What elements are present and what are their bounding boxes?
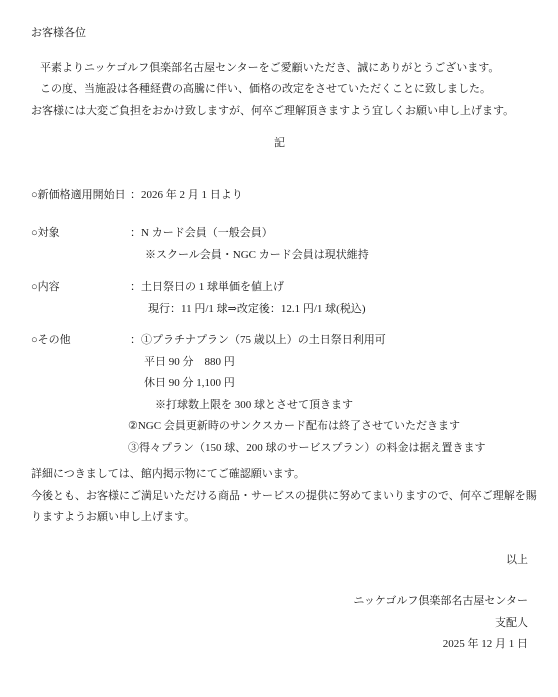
others-weekday-price: 平日 90 分 880 円	[31, 352, 528, 374]
others-tokutoku-note: ③得々プラン（150 球、200 球のサービスプラン）の料金は据え置きます	[31, 438, 528, 460]
item-label: ○その他	[31, 330, 130, 352]
closing-paragraph: 詳細につきましては、館内掲示物にてご確認願います。 今後とも、お客様にご満足いた…	[31, 464, 528, 529]
target-note: ※スクール会員・NGC カード会員は現状維持	[31, 245, 528, 267]
item-value: ：土日祭日の 1 球単価を値上げ	[130, 277, 528, 299]
notice-letter: お客様各位 平素よりニッケゴルフ倶楽部名古屋センターをご愛顧いただき、誠にありが…	[0, 0, 558, 697]
item-row: ○新価格適用開始日 ：2026 年 2 月 1 日より	[31, 185, 528, 207]
recipient: お客様各位	[31, 23, 528, 45]
item-label: ○内容	[31, 277, 130, 299]
item-row: ○その他 ：①プラチナプラン（75 歳以上）の土日祭日利用可	[31, 330, 528, 352]
item-row: ○内容 ：土日祭日の 1 球単価を値上げ	[31, 277, 528, 299]
signature-block: ニッケゴルフ倶楽部名古屋センター 支配人 2025 年 12 月 1 日	[31, 591, 528, 656]
item-value: ：①プラチナプラン（75 歳以上）の土日祭日利用可	[130, 330, 528, 352]
signature-company: ニッケゴルフ倶楽部名古屋センター	[31, 591, 528, 613]
item-target: ○対象 ：N カード会員（一般会員） ※スクール会員・NGC カード会員は現状維…	[31, 223, 528, 266]
item-value: ：N カード会員（一般会員）	[130, 223, 528, 245]
intro-paragraph: 平素よりニッケゴルフ倶楽部名古屋センターをご愛顧いただき、誠にありがとうございま…	[31, 58, 528, 123]
others-holiday-price: 休日 90 分 1,100 円	[31, 373, 528, 395]
content-current-price: 現行：11 円/1 球⇒改定後：12.1 円/1 球(税込)	[31, 299, 528, 321]
item-label: ○対象	[31, 223, 130, 245]
closing-line: 今後とも、お客様にご満足いただける商品・サービスの提供に努めてまいりますので、何…	[31, 486, 528, 508]
others-ngc-note: ②NGC 会員更新時のサンクスカード配布は終了させていただきます	[31, 416, 528, 438]
item-content: ○内容 ：土日祭日の 1 球単価を値上げ 現行：11 円/1 球⇒改定後：12.…	[31, 277, 528, 320]
signature-title: 支配人	[31, 613, 528, 635]
intro-line: お客様には大変ご負担をおかけ致しますが、何卒ご理解頂きますよう宜しくお願い申し上…	[31, 101, 528, 123]
intro-line: この度、当施設は各種経費の高騰に伴い、価格の改定をさせていただくことに致しました…	[31, 79, 528, 101]
item-label: ○新価格適用開始日	[31, 185, 130, 207]
closing-line: りますようお願い申し上げます。	[31, 507, 528, 529]
end-marker: 以上	[31, 550, 528, 572]
item-value: ：2026 年 2 月 1 日より	[130, 185, 528, 207]
item-row: ○対象 ：N カード会員（一般会員）	[31, 223, 528, 245]
record-marker: 記	[31, 133, 528, 155]
others-ball-limit-note: ※打球数上限を 300 球とさせて頂きます	[31, 395, 528, 417]
intro-line: 平素よりニッケゴルフ倶楽部名古屋センターをご愛顧いただき、誠にありがとうございま…	[31, 58, 528, 80]
signature-date: 2025 年 12 月 1 日	[31, 634, 528, 656]
item-others: ○その他 ：①プラチナプラン（75 歳以上）の土日祭日利用可 平日 90 分 8…	[31, 330, 528, 459]
closing-line: 詳細につきましては、館内掲示物にてご確認願います。	[31, 464, 528, 486]
item-new-price-date: ○新価格適用開始日 ：2026 年 2 月 1 日より	[31, 185, 528, 207]
